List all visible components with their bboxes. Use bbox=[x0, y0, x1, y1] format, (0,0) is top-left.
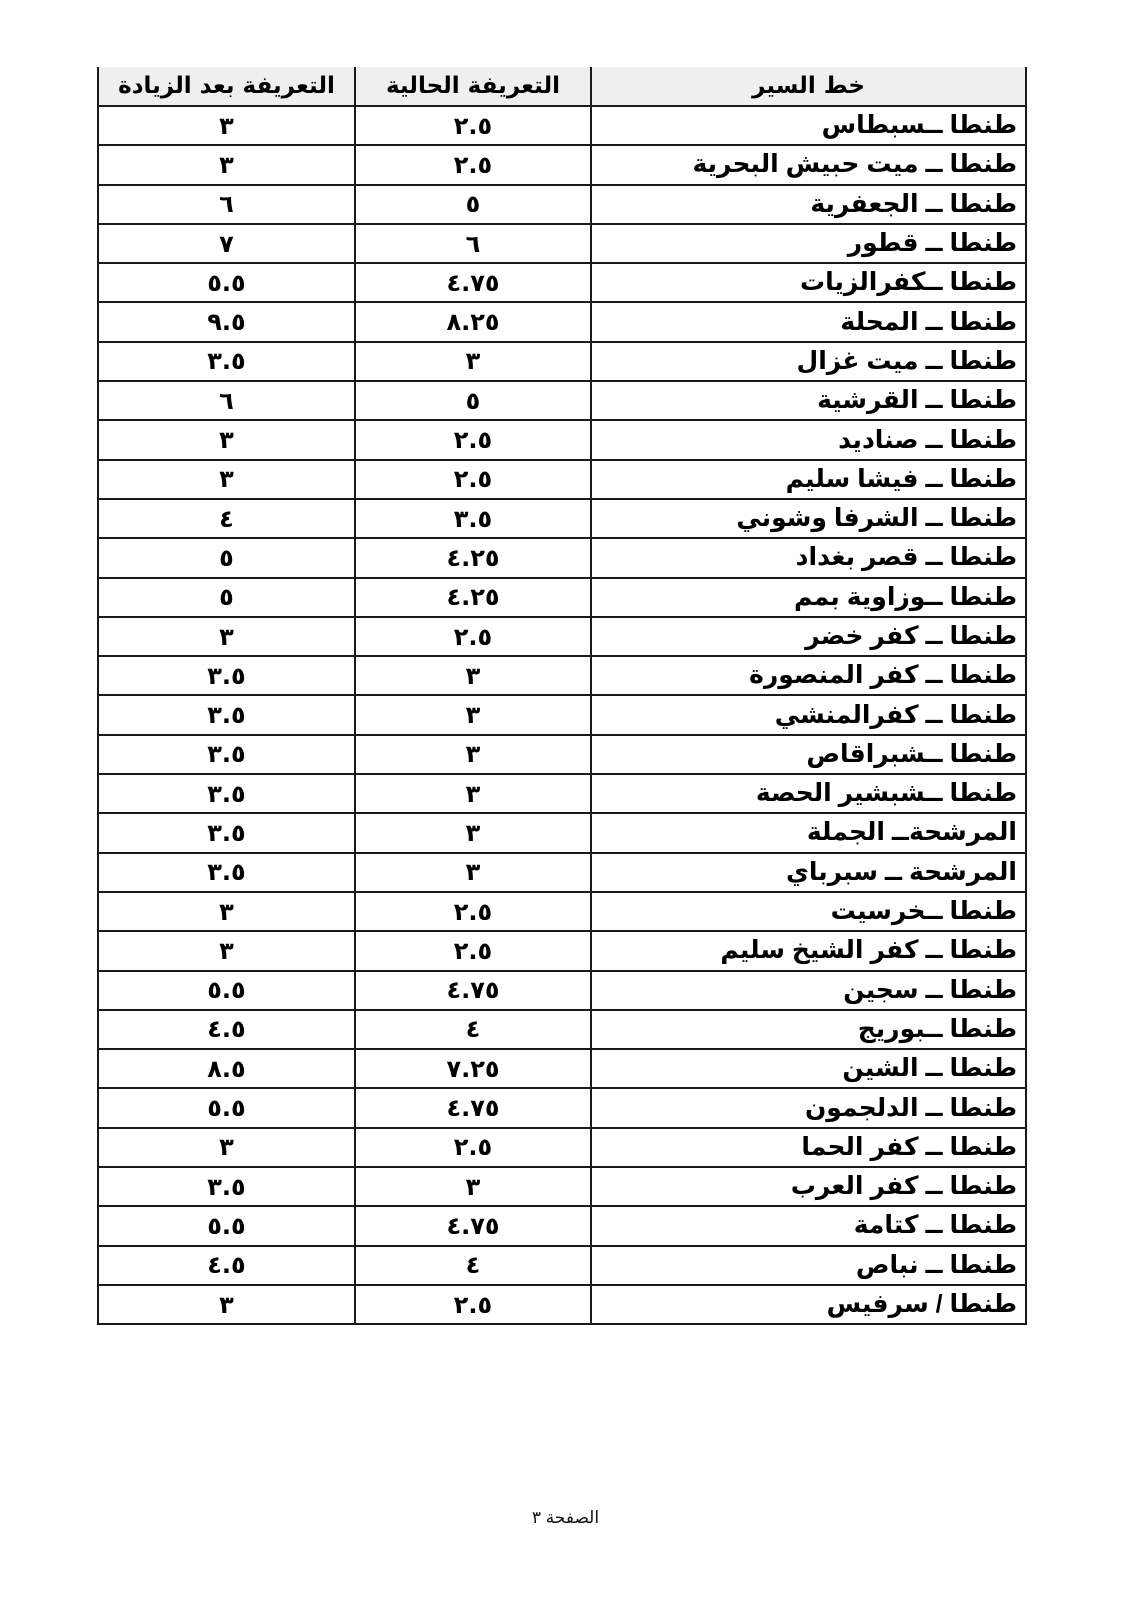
table-row: طنطا ــ الدلجمون٤.٧٥٥.٥ bbox=[98, 1088, 1026, 1127]
new-fare-cell: ٣ bbox=[98, 931, 355, 970]
table-row: المرشحة ــ سبرباي٣٣.٥ bbox=[98, 853, 1026, 892]
new-fare-cell: ٣.٥ bbox=[98, 1167, 355, 1206]
new-fare-cell: ٣ bbox=[98, 1128, 355, 1167]
route-cell: المرشحة ــ سبرباي bbox=[591, 853, 1026, 892]
new-fare-cell: ٣.٥ bbox=[98, 342, 355, 381]
current-fare-cell: ٣ bbox=[355, 813, 591, 852]
route-cell: طنطا ــ كفرالمنشي bbox=[591, 695, 1026, 734]
new-fare-cell: ٨.٥ bbox=[98, 1049, 355, 1088]
route-cell: طنطا ــوزاوية بمم bbox=[591, 578, 1026, 617]
current-fare-cell: ٢.٥ bbox=[355, 460, 591, 499]
route-cell: طنطا ــ الشين bbox=[591, 1049, 1026, 1088]
current-fare-cell: ٣ bbox=[355, 342, 591, 381]
new-fare-cell: ٤.٥ bbox=[98, 1246, 355, 1285]
current-fare-cell: ٤.٢٥ bbox=[355, 578, 591, 617]
new-fare-cell: ٣ bbox=[98, 1285, 355, 1324]
route-cell: طنطا ــ سجين bbox=[591, 971, 1026, 1010]
table-row: طنطا ــ كفر الشيخ سليم٢.٥٣ bbox=[98, 931, 1026, 970]
current-fare-cell: ٢.٥ bbox=[355, 1128, 591, 1167]
route-cell: طنطا ــ المحلة bbox=[591, 302, 1026, 341]
table-row: طنطا ــشبشير الحصة٣٣.٥ bbox=[98, 774, 1026, 813]
table-row: طنطا ــ الشرفا وشوني٣.٥٤ bbox=[98, 499, 1026, 538]
route-cell: طنطا ــ صناديد bbox=[591, 420, 1026, 459]
table-row: طنطا ــ فيشا سليم٢.٥٣ bbox=[98, 460, 1026, 499]
new-fare-cell: ٩.٥ bbox=[98, 302, 355, 341]
new-fare-cell: ٤.٥ bbox=[98, 1010, 355, 1049]
header-new-fare: التعريفة بعد الزيادة bbox=[98, 67, 355, 106]
page-number: الصفحة ٣ bbox=[0, 1508, 1131, 1528]
new-fare-cell: ٣ bbox=[98, 106, 355, 145]
current-fare-cell: ٧.٢٥ bbox=[355, 1049, 591, 1088]
table-row: طنطا ــ سجين٤.٧٥٥.٥ bbox=[98, 971, 1026, 1010]
new-fare-cell: ٣.٥ bbox=[98, 695, 355, 734]
new-fare-cell: ٦ bbox=[98, 381, 355, 420]
new-fare-cell: ٥ bbox=[98, 578, 355, 617]
table-row: طنطا ــ كتامة٤.٧٥٥.٥ bbox=[98, 1206, 1026, 1245]
new-fare-cell: ٦ bbox=[98, 185, 355, 224]
route-cell: طنطا / سرفيس bbox=[591, 1285, 1026, 1324]
route-cell: طنطا ــ الدلجمون bbox=[591, 1088, 1026, 1127]
table-row: طنطا ــ قصر بغداد٤.٢٥٥ bbox=[98, 538, 1026, 577]
route-cell: طنطا ــشبشير الحصة bbox=[591, 774, 1026, 813]
new-fare-cell: ٥.٥ bbox=[98, 1206, 355, 1245]
route-cell: طنطا ــخرسيت bbox=[591, 892, 1026, 931]
new-fare-cell: ٣.٥ bbox=[98, 813, 355, 852]
route-cell: طنطا ــ كتامة bbox=[591, 1206, 1026, 1245]
current-fare-cell: ٣ bbox=[355, 1167, 591, 1206]
table-row: طنطا ــوزاوية بمم٤.٢٥٥ bbox=[98, 578, 1026, 617]
current-fare-cell: ٢.٥ bbox=[355, 106, 591, 145]
route-cell: طنطا ــ كفر الشيخ سليم bbox=[591, 931, 1026, 970]
new-fare-cell: ٣ bbox=[98, 460, 355, 499]
header-row: خط السير التعريفة الحالية التعريفة بعد ا… bbox=[98, 67, 1026, 106]
new-fare-cell: ٣ bbox=[98, 145, 355, 184]
current-fare-cell: ٣ bbox=[355, 656, 591, 695]
current-fare-cell: ٢.٥ bbox=[355, 420, 591, 459]
route-cell: طنطا ــ ميت غزال bbox=[591, 342, 1026, 381]
table-row: طنطا ــ نباص٤٤.٥ bbox=[98, 1246, 1026, 1285]
table-row: طنطا ــ ميت غزال٣٣.٥ bbox=[98, 342, 1026, 381]
table-row: المرشحةــ الجملة٣٣.٥ bbox=[98, 813, 1026, 852]
table-row: طنطا ــ المحلة٨.٢٥٩.٥ bbox=[98, 302, 1026, 341]
route-cell: طنطا ــ ميت حبيش البحرية bbox=[591, 145, 1026, 184]
table-row: طنطا ــ كفر الحما٢.٥٣ bbox=[98, 1128, 1026, 1167]
new-fare-cell: ٣.٥ bbox=[98, 656, 355, 695]
route-cell: طنطا ــ كفر العرب bbox=[591, 1167, 1026, 1206]
fare-table: خط السير التعريفة الحالية التعريفة بعد ا… bbox=[97, 67, 1027, 1325]
table-row: طنطا ــ الشين٧.٢٥٨.٥ bbox=[98, 1049, 1026, 1088]
table-row: طنطا ــسبطاس٢.٥٣ bbox=[98, 106, 1026, 145]
new-fare-cell: ٥.٥ bbox=[98, 1088, 355, 1127]
table-header: خط السير التعريفة الحالية التعريفة بعد ا… bbox=[98, 67, 1026, 106]
document-page: خط السير التعريفة الحالية التعريفة بعد ا… bbox=[0, 0, 1131, 1600]
table-row: طنطا / سرفيس٢.٥٣ bbox=[98, 1285, 1026, 1324]
current-fare-cell: ٤ bbox=[355, 1010, 591, 1049]
current-fare-cell: ٢.٥ bbox=[355, 617, 591, 656]
header-current-fare: التعريفة الحالية bbox=[355, 67, 591, 106]
route-cell: طنطا ــ كفر المنصورة bbox=[591, 656, 1026, 695]
table-row: طنطا ــ ميت حبيش البحرية٢.٥٣ bbox=[98, 145, 1026, 184]
route-cell: طنطا ــبوريج bbox=[591, 1010, 1026, 1049]
table-row: طنطا ــ صناديد٢.٥٣ bbox=[98, 420, 1026, 459]
table-row: طنطا ــخرسيت٢.٥٣ bbox=[98, 892, 1026, 931]
route-cell: طنطا ــ القرشية bbox=[591, 381, 1026, 420]
table-row: طنطا ــ الجعفرية٥٦ bbox=[98, 185, 1026, 224]
table-row: طنطا ــكفرالزيات٤.٧٥٥.٥ bbox=[98, 263, 1026, 302]
route-cell: المرشحةــ الجملة bbox=[591, 813, 1026, 852]
new-fare-cell: ٣.٥ bbox=[98, 853, 355, 892]
table-row: طنطا ــ القرشية٥٦ bbox=[98, 381, 1026, 420]
new-fare-cell: ٤ bbox=[98, 499, 355, 538]
new-fare-cell: ٣.٥ bbox=[98, 774, 355, 813]
current-fare-cell: ٦ bbox=[355, 224, 591, 263]
new-fare-cell: ٣.٥ bbox=[98, 735, 355, 774]
new-fare-cell: ٣ bbox=[98, 617, 355, 656]
current-fare-cell: ٥ bbox=[355, 381, 591, 420]
current-fare-cell: ٤.٧٥ bbox=[355, 1088, 591, 1127]
current-fare-cell: ٢.٥ bbox=[355, 931, 591, 970]
route-cell: طنطا ــ الشرفا وشوني bbox=[591, 499, 1026, 538]
current-fare-cell: ٣.٥ bbox=[355, 499, 591, 538]
route-cell: طنطا ــ كفر الحما bbox=[591, 1128, 1026, 1167]
new-fare-cell: ٣ bbox=[98, 892, 355, 931]
new-fare-cell: ٧ bbox=[98, 224, 355, 263]
route-cell: طنطا ــ قصر بغداد bbox=[591, 538, 1026, 577]
route-cell: طنطا ــكفرالزيات bbox=[591, 263, 1026, 302]
new-fare-cell: ٥.٥ bbox=[98, 263, 355, 302]
new-fare-cell: ٥ bbox=[98, 538, 355, 577]
route-cell: طنطا ــ قطور bbox=[591, 224, 1026, 263]
table-row: طنطا ــ قطور٦٧ bbox=[98, 224, 1026, 263]
route-cell: طنطا ــ فيشا سليم bbox=[591, 460, 1026, 499]
new-fare-cell: ٥.٥ bbox=[98, 971, 355, 1010]
route-cell: طنطا ــسبطاس bbox=[591, 106, 1026, 145]
route-cell: طنطا ــ كفر خضر bbox=[591, 617, 1026, 656]
current-fare-cell: ٢.٥ bbox=[355, 145, 591, 184]
table-row: طنطا ــشبراقاص٣٣.٥ bbox=[98, 735, 1026, 774]
current-fare-cell: ٥ bbox=[355, 185, 591, 224]
current-fare-cell: ٣ bbox=[355, 774, 591, 813]
current-fare-cell: ٤.٧٥ bbox=[355, 263, 591, 302]
current-fare-cell: ٢.٥ bbox=[355, 892, 591, 931]
new-fare-cell: ٣ bbox=[98, 420, 355, 459]
table-row: طنطا ــ كفر خضر٢.٥٣ bbox=[98, 617, 1026, 656]
table-body: طنطا ــسبطاس٢.٥٣طنطا ــ ميت حبيش البحرية… bbox=[98, 106, 1026, 1324]
current-fare-cell: ٣ bbox=[355, 695, 591, 734]
current-fare-cell: ٤.٧٥ bbox=[355, 971, 591, 1010]
table-row: طنطا ــ كفرالمنشي٣٣.٥ bbox=[98, 695, 1026, 734]
table-row: طنطا ــ كفر العرب٣٣.٥ bbox=[98, 1167, 1026, 1206]
current-fare-cell: ٤ bbox=[355, 1246, 591, 1285]
current-fare-cell: ٤.٢٥ bbox=[355, 538, 591, 577]
current-fare-cell: ٢.٥ bbox=[355, 1285, 591, 1324]
current-fare-cell: ٤.٧٥ bbox=[355, 1206, 591, 1245]
header-route: خط السير bbox=[591, 67, 1026, 106]
current-fare-cell: ٨.٢٥ bbox=[355, 302, 591, 341]
table-row: طنطا ــ كفر المنصورة٣٣.٥ bbox=[98, 656, 1026, 695]
current-fare-cell: ٣ bbox=[355, 735, 591, 774]
route-cell: طنطا ــ الجعفرية bbox=[591, 185, 1026, 224]
route-cell: طنطا ــشبراقاص bbox=[591, 735, 1026, 774]
route-cell: طنطا ــ نباص bbox=[591, 1246, 1026, 1285]
current-fare-cell: ٣ bbox=[355, 853, 591, 892]
table-row: طنطا ــبوريج٤٤.٥ bbox=[98, 1010, 1026, 1049]
